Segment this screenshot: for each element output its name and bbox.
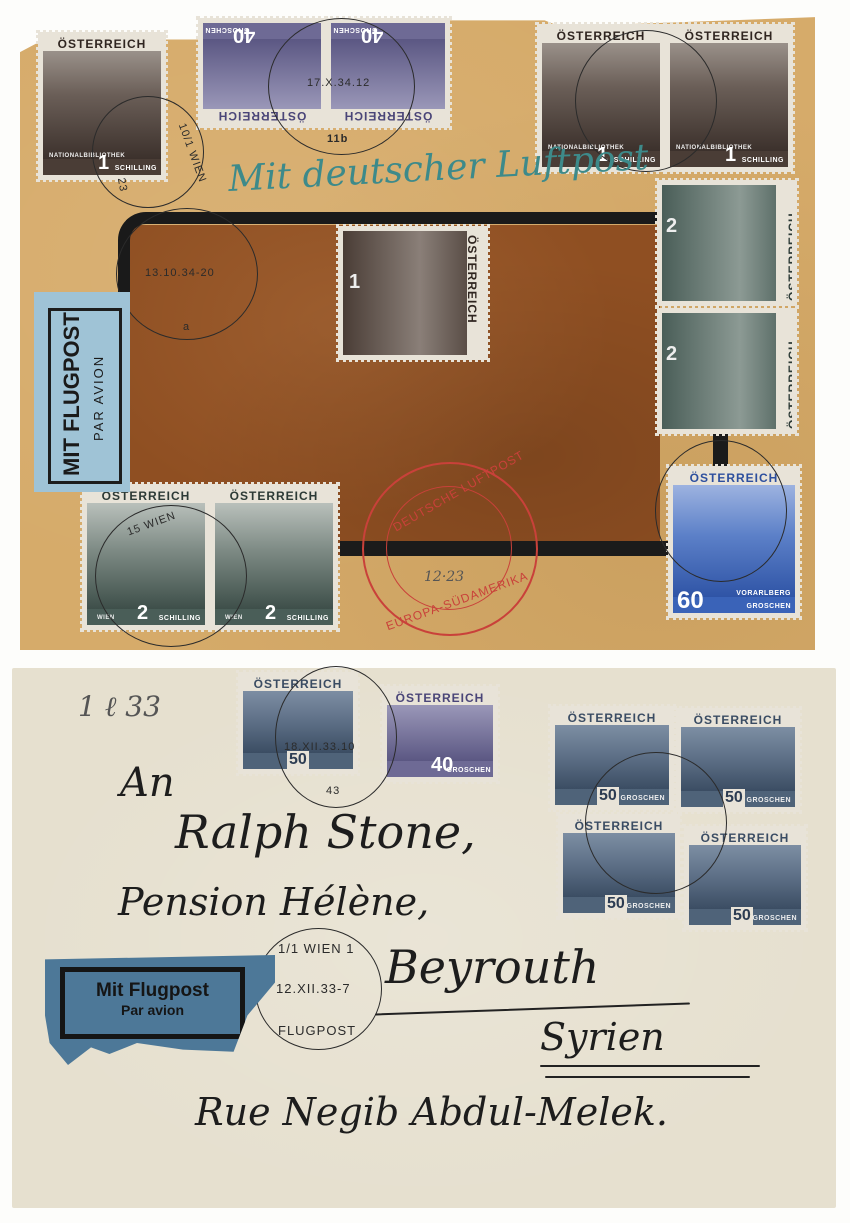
address-line-name: Ralph Stone, — [175, 805, 476, 859]
country-underline — [545, 1076, 750, 1078]
address-line-city: Beyrouth — [385, 940, 599, 994]
airmail-label: MIT FLUGPOST PAR AVION — [34, 292, 130, 492]
postmark-wien: 15 WIEN — [95, 505, 247, 647]
pencil-note: 1 ℓ 33 — [78, 690, 161, 724]
stamp-40-groschen: ÖSTERREICH 40 GROSCHEN — [382, 686, 498, 782]
postmark-wien — [655, 440, 787, 582]
stamp-1-schilling-sideways: 1 ÖSTERREICH — [338, 226, 488, 360]
postmark-hafen: 13.10.34-20 a — [116, 208, 258, 340]
address-line-country: Syrien — [540, 1015, 665, 1059]
postmark-wien — [585, 752, 727, 894]
postmark-wien: 10/1 WIEN 23 — [92, 96, 204, 208]
stamp-2-schilling-sideways: 2 ÖSTERREICH — [657, 180, 797, 306]
address-line-an: An — [120, 760, 175, 806]
stamp-2-schilling-sideways: 2 ÖSTERREICH — [657, 308, 797, 434]
postmark-flugpost: 1/1 WIEN 1 12.XII.33-7 FLUGPOST — [255, 928, 382, 1050]
postmark-wien: 17.X.34.12 11b — [268, 18, 415, 155]
address-line-street: Rue Negib Abdul-Melek. — [195, 1090, 668, 1134]
country-underline — [540, 1065, 760, 1067]
postmark-wien: 18.XII.33.10 43 — [275, 666, 397, 808]
address-line-pension: Pension Hélène, — [118, 880, 429, 924]
zeppelin-cachet: DEUTSCHE LUFTPOST EUROPA-SÜDAMERIKA 12·2… — [362, 462, 538, 636]
